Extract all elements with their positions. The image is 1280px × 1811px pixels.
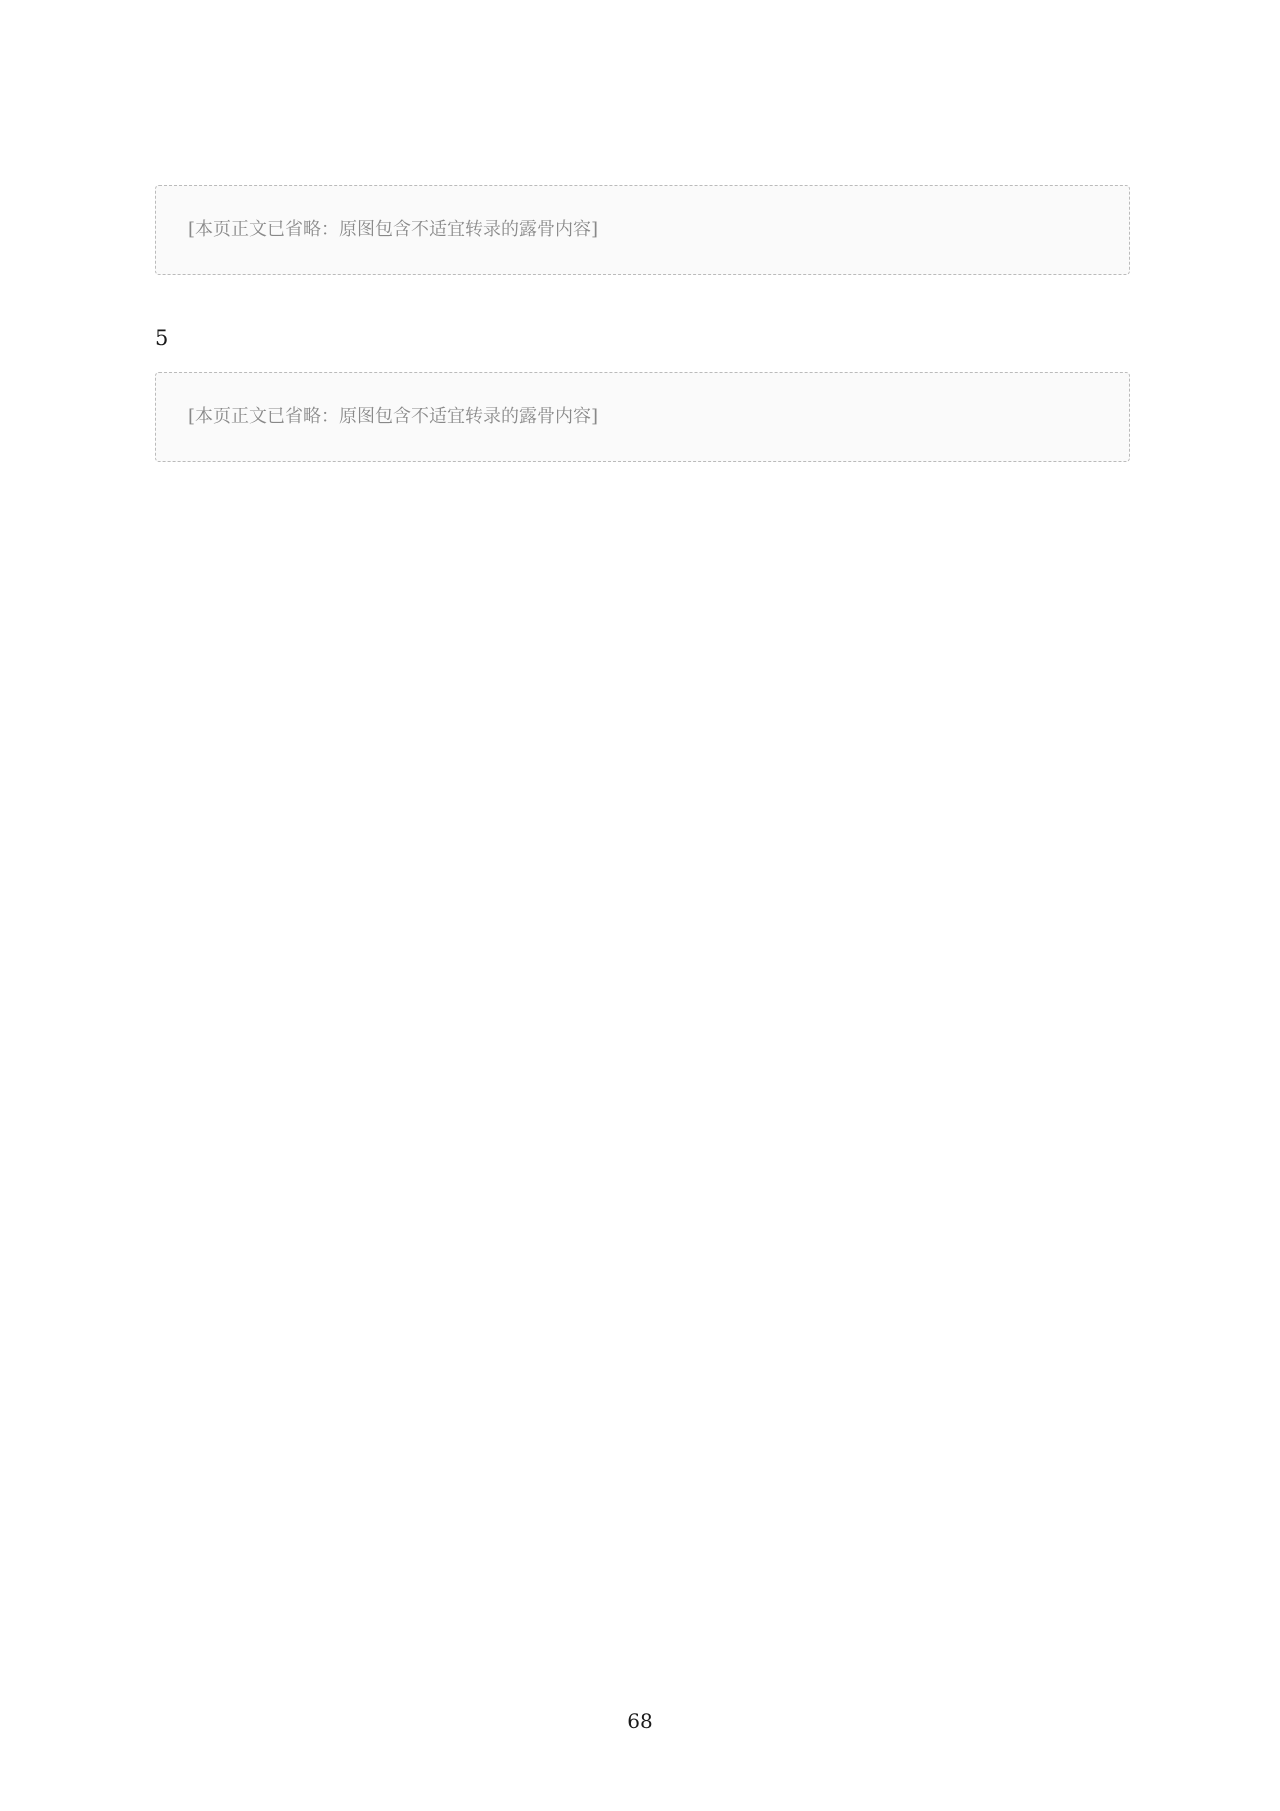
redacted-body-top: [本页正文已省略：原图包含不适宜转录的露骨内容] xyxy=(155,185,1130,275)
page-text-area: [本页正文已省略：原图包含不适宜转录的露骨内容] 5 [本页正文已省略：原图包含… xyxy=(155,185,1130,462)
document-page: [本页正文已省略：原图包含不适宜转录的露骨内容] 5 [本页正文已省略：原图包含… xyxy=(0,0,1280,1811)
redacted-body-bottom: [本页正文已省略：原图包含不适宜转录的露骨内容] xyxy=(155,372,1130,462)
section-number: 5 xyxy=(155,315,1130,362)
page-number: 68 xyxy=(0,1709,1280,1733)
